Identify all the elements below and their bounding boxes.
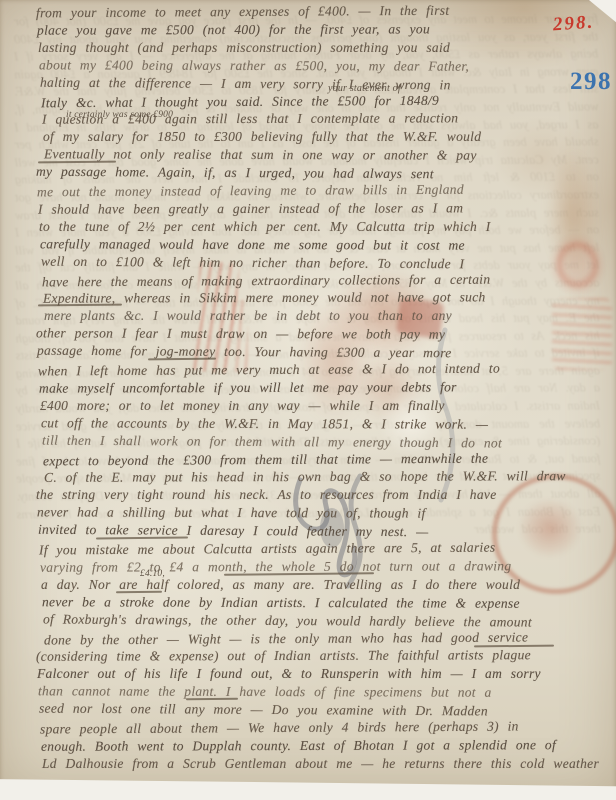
handwriting-line: about my £400 being always rather as £50… <box>39 57 469 74</box>
handwriting-line: seed nor lost one till any more — Do you… <box>39 701 488 720</box>
handwriting-line: Italy &c. what I thought you said. Since… <box>41 92 439 111</box>
handwriting-line: Falconer out of his life I found out, & … <box>37 666 541 682</box>
ornate-postmark <box>544 229 616 308</box>
handwriting-line: cut off the accounts by the W.&F. in May… <box>41 415 488 432</box>
handwriting-line: never had a shilling but what I have tol… <box>37 505 426 522</box>
handwriting-line: never be a stroke done by Indian artists… <box>42 594 520 612</box>
folio-number-blue-stamp: 298 <box>570 68 612 96</box>
handwriting-line: other person I fear I must draw on — bef… <box>36 326 445 343</box>
handwriting-line: have here the means of making extraordin… <box>42 271 490 290</box>
handwriting-line: Ld Dalhousie from a Scrub Gentleman abou… <box>42 756 599 772</box>
handwriting-line: of Roxburgh's drawings, the other day, y… <box>43 611 532 630</box>
handwriting-line: passage home for jog-money too. Your hav… <box>37 343 452 362</box>
handwriting-line: when I left home has put me very much at… <box>38 361 500 380</box>
handwriting-line: make myself uncomfortable if you will le… <box>39 379 457 396</box>
handwriting-line: carefully managed would have done me som… <box>40 236 465 253</box>
handwriting-line: C. of the E. may put his head in his own… <box>44 469 566 487</box>
handwriting-line: expect to beyond the £300 from them till… <box>43 450 488 469</box>
handwriting-line: my passage home. Again, if, as I urged, … <box>36 164 434 182</box>
letter-page: from your income to meet any expenses of… <box>0 0 616 795</box>
handwriting-line: £400 more; or to let money in any way — … <box>40 398 445 414</box>
handwriting-line: lasting thought (and perhaps misconstruc… <box>38 40 450 56</box>
handwriting-line: spare people all about them — We have on… <box>40 718 519 737</box>
handwriting-line: mere plants &c. I would rather be in deb… <box>44 308 452 324</box>
handwriting-line: I should have been greatly a gainer inst… <box>38 200 463 217</box>
handwriting-line: to the tune of 2½ per cent which per cen… <box>39 219 491 235</box>
handwriting-line: till then I shall work on for them with … <box>42 432 502 451</box>
handwriting-line: If you mistake me about Calcutta artists… <box>39 540 495 559</box>
ornate-postmark <box>552 298 612 370</box>
interlinear-insertion: it certainly was some £900 <box>66 110 173 121</box>
handwriting-line: (considering time & expense) out of Indi… <box>36 648 531 666</box>
handwriting-line: place you gave me £500 (not 400) for the… <box>37 21 430 38</box>
handwriting-line: of my salary for 1850 to £300 believing … <box>43 129 481 145</box>
handwriting-line: done by the other — Wight — is the only … <box>44 629 528 648</box>
handwriting-line: a day. Nor are half colored, as many are… <box>41 577 520 593</box>
folio-number-red-ink: 298. <box>552 12 595 37</box>
handwriting-line: me out the money instead of leaving me t… <box>37 182 464 201</box>
interlinear-insertion: £4.10, <box>140 569 165 580</box>
circular-postmark-center <box>518 498 582 558</box>
brown-stain <box>545 150 600 280</box>
ink-underline <box>38 161 116 163</box>
handwriting-line: from your income to meet any expenses of… <box>36 3 449 22</box>
handwriting-line: than cannot name the plant. I have loads… <box>38 683 492 700</box>
handwriting-line: enough. Booth went to Dupplah county. Ea… <box>41 737 556 755</box>
handwriting-line: the string very tight round his neck. As… <box>36 487 497 503</box>
interlinear-insertion: your statement of <box>328 83 401 94</box>
handwriting-line: well on to £100 & left him no richer tha… <box>41 253 464 272</box>
